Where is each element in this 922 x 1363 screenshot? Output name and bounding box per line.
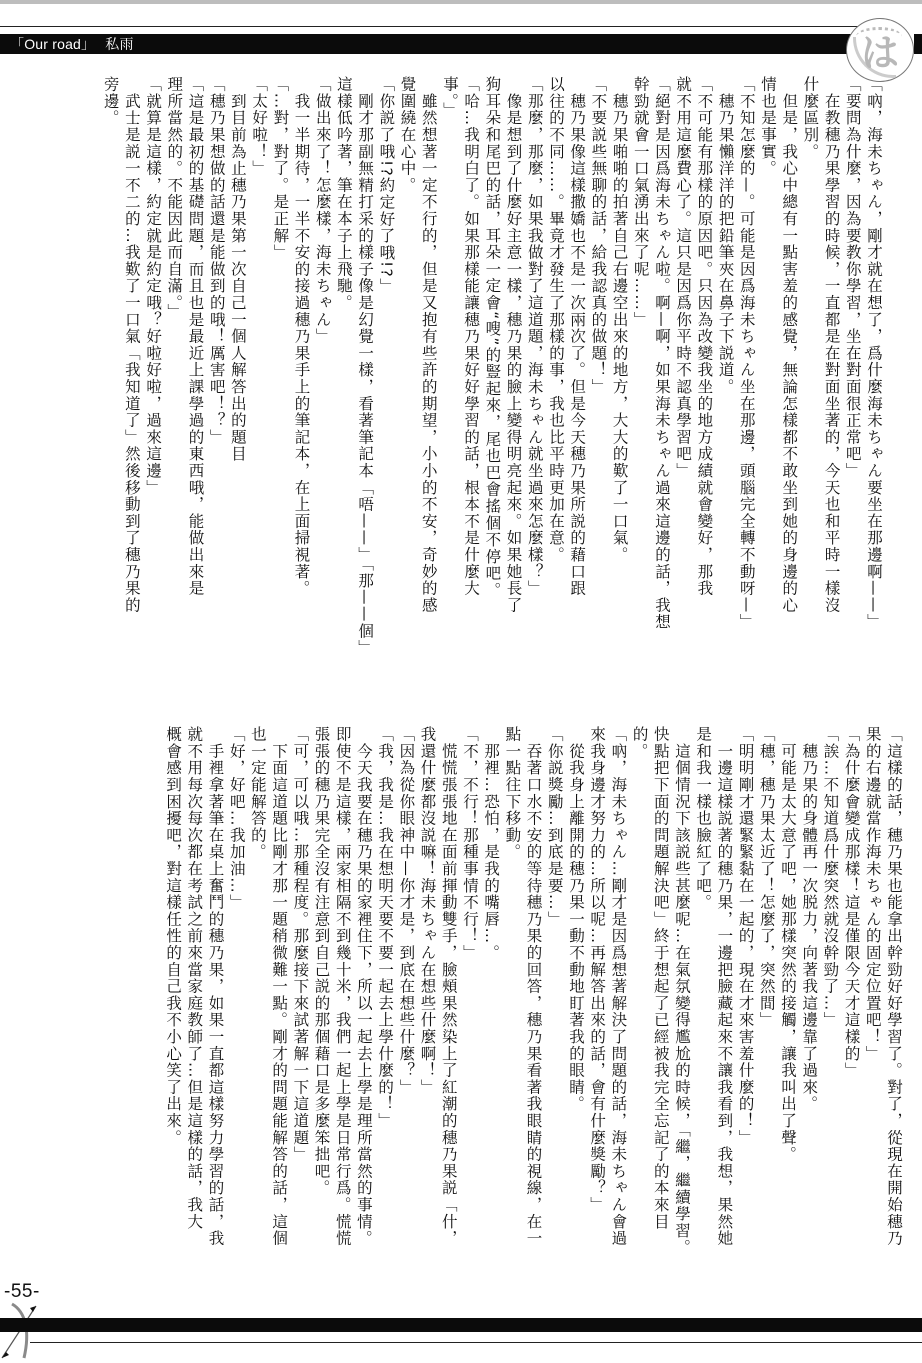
footer-bar (0, 1318, 922, 1332)
text-column: 「因為從你眼神中—你才是，到底在想些什麼？」 (395, 726, 416, 1316)
text-column: 「你説獎勵…到底是要…」 (544, 726, 565, 1316)
text-column: 「可，可以哦…那種程度。那麼接下來試著解一下這道題」 (289, 726, 310, 1316)
text-column: 幹勁就會一口氣湧出來了呢……」 (630, 76, 651, 696)
text-column: 手裡拿著筆在桌上奮鬥的穗乃果，如果一直都這樣努力學習的話，我 (204, 726, 225, 1316)
text-band-top: 「吶，海未ちゃん，剛才就在想了，爲什麼海未ちゃん要坐在那邊啊——」「要問為什麼，… (99, 76, 884, 696)
text-column: 我還什麼都沒説嘛！海未ちゃん在想些什麼啊！」 (416, 726, 437, 1316)
text-column: 慌慌張張地在面前揮動雙手，臉頰果然染上了紅潮的穗乃果説「什， (438, 726, 459, 1316)
text-column: 從我身上離開的穗乃果一動不動地盯著我的眼睛。 (565, 726, 586, 1316)
text-column: 果的右邊就當作海未ちゃん的固定位置吧！」 (862, 726, 883, 1316)
text-band-bottom: 「這樣的話，穗乃果也能拿出幹勁好好學習了。對了，從現在開始穗乃果的右邊就當作海未… (162, 726, 904, 1316)
story-title: 「Our road」 (10, 36, 95, 52)
text-column: 「好，好吧…我加油…」 (226, 726, 247, 1316)
author-name: 私雨 (105, 36, 133, 52)
text-column: 「…對，對了。是正解」 (269, 76, 290, 696)
text-column: 覺圍繞在心中。 (396, 76, 417, 696)
text-column: 「不可能有那樣的原因吧。只因為改變我坐的地方成績就會變好，那我 (693, 76, 714, 696)
text-column: 狗耳朵和尾巴的話，耳朵一定會“嗖”的豎起來，尾也巴會搖個不停吧。 (481, 76, 502, 696)
text-column: 來我身邊才努力的…所以呢…再解答出來的話，會有什麼獎勵？」 (586, 726, 607, 1316)
text-column: 穗乃果懶洋洋的把鉛筆夾在鼻子下説道。 (714, 76, 735, 696)
text-column: 旁邊。 (99, 76, 120, 696)
text-column: 我一半期待，一半不安的接過穗乃果手上的筆記本，在上面掃視著。 (290, 76, 311, 696)
text-column: 快點把下面的問題解決吧」終于想起了已經被我完全忘記了的本來目 (650, 726, 671, 1316)
page-number: -55- (4, 1282, 40, 1302)
text-column: 一邊這樣説著的穗乃果，一邊把臉藏起來不讓我看到，我想，果然她 (713, 726, 734, 1316)
text-column: 武士是説一不二的…我歎了一口氣「我知道了」然後移動到了穗乃果的 (121, 76, 142, 696)
text-column: 下面這道題比剛才那一題稍微難一點。剛才的問題能解答的話，這個 (268, 726, 289, 1316)
text-column: 「我，我是…我在想明天要不要一起去上學什麼的！」 (374, 726, 395, 1316)
text-column: 「那麼，那麼，如果我做對了這道題，海未ちゃん就坐過來怎麼樣？」 (524, 76, 545, 696)
text-column: 點一點往下移動。 (501, 726, 522, 1316)
text-column: 這樣低吟著，筆在本子上飛馳。 (333, 76, 354, 696)
text-column: 「穗，穗乃果太近了！怎麼了，突然間」 (756, 726, 777, 1316)
text-column: 穗乃果像這樣撒嬌也不是一次兩次了。但是今天穗乃果所説的藉口跟 (566, 76, 587, 696)
text-column: 「哈…我明白了。如果那樣能讓穗乃果好好學習的話，根本不是什麼大 (460, 76, 481, 696)
text-column: 雖然想著一定不行的，但是又抱有些許的期望，小小的不安，奇妙的感 (418, 76, 439, 696)
text-column: 什麼區別。 (799, 76, 820, 696)
text-column: 到目前為止穗乃果第一次自己一個人解答出的題目 (227, 76, 248, 696)
text-column: 「這樣的話，穗乃果也能拿出幹勁好好學習了。對了，從現在開始穗乃 (883, 726, 904, 1316)
text-column: 事。」 (439, 76, 460, 696)
text-column: 概會感到困擾吧，對這樣任性的自己我不小心笑了出來。 (162, 726, 183, 1316)
text-column: 就不用每次每次都在考試之前來當家庭教師了…但是這樣的話，我大 (183, 726, 204, 1316)
text-column: 是和我一樣也臉紅了吧。 (692, 726, 713, 1316)
circle-logo: は (846, 18, 914, 82)
scan-top-shade (0, 0, 922, 4)
text-column: 像是想到了什麼好主意一樣，穗乃果的臉上變得明亮起來。如果她長了 (502, 76, 523, 696)
text-column: 「穗乃果想做的話還是能做到的哦！厲害吧！？」 (206, 76, 227, 696)
text-column: 也一定能解答的。 (247, 726, 268, 1316)
text-column: 「這是最初的基礎問題，而且也是最近上課學過的東西哦，能做出來是 (184, 76, 205, 696)
text-column: 「明明剛才還緊緊黏在一起的，現在才來害羞什麼的！」 (734, 726, 755, 1316)
text-column: 「絕對是因爲海未ちゃん啦。啊—啊，如果海未ちゃん過來這邊的話，我想 (651, 76, 672, 696)
hiragana-ha-logo-icon: は (861, 34, 899, 72)
text-column: 穗乃果啪啪的拍著自己右邊空出來的地方，大大的歎了一口氣。 (608, 76, 629, 696)
bow-and-arrow-icon (0, 1302, 40, 1362)
text-column: 「不，不行！那種事情不行！」 (459, 726, 480, 1316)
text-column: 「要問為什麼，因為要教你學習，坐在對面很正常吧」 (842, 76, 863, 696)
text-column: 「為什麼會變成那樣！這是僅限今天才這樣的」 (840, 726, 861, 1316)
header-side-tab (914, 34, 922, 54)
text-column: 「就算是這樣，約定就是約定哦？好啦好啦，過來這邊」 (142, 76, 163, 696)
text-column: 以往的不同……。畢竟才發生了那樣的事，我也比平時更加在意。 (545, 76, 566, 696)
text-column: 「誒…不知道爲什麼突然就沒幹勁了…」 (819, 726, 840, 1316)
text-column: 穗乃果的身體再一次脱力，向著我這邊靠了過來。 (798, 726, 819, 1316)
text-column: 這個情況下該説些甚麼呢…在氣氛變得尷尬的時候，「繼，繼續學習。 (671, 726, 692, 1316)
text-column: 「不知怎麼的—。可能是因爲海未ちゃん坐在那邊，頭腦完全轉不動呀—」 (736, 76, 757, 696)
text-column: 「吶，海未ちゃん，剛才就在想了，爲什麼海未ちゃん要坐在那邊啊——」 (863, 76, 884, 696)
text-column: 理所當然的。不能因此而自滿。」 (163, 76, 184, 696)
text-column: 在教穗乃果學習的時候，一直都是在對面坐著的，今天也和平時一樣沒 (820, 76, 841, 696)
text-column: 今天我要在穗乃果的家裡住下，所以一起去上學是理所當然的事情。 (353, 726, 374, 1316)
text-column: 「太好啦！」 (248, 76, 269, 696)
text-column: 吞著口水不安的等待穗乃果的回答，穗乃果看著我眼睛的視線，在一 (522, 726, 543, 1316)
text-column: 那裡…恐怕，是我的嘴唇…。 (480, 726, 501, 1316)
text-column: 「不要説些無聊的話，給我認真的做題！」 (587, 76, 608, 696)
text-column: 情也是事實。 (757, 76, 778, 696)
text-column: 即使不是這樣，兩家相隔不到幾十米，我們一起上學是日常行爲。慌慌 (332, 726, 353, 1316)
header-rule (0, 26, 858, 27)
text-column: 剛才那副無精打采的樣子像是幻覺一樣，看著筆記本「唔——」「那——個」 (354, 76, 375, 696)
text-column: 的。 (628, 726, 649, 1316)
running-header: 「Our road」私雨 (10, 35, 134, 53)
text-column: 就不用這麼費心了。這只是因爲你平時不認真學習吧」 (672, 76, 693, 696)
text-column: 「做出來了！怎麼樣，海未ちゃん」 (312, 76, 333, 696)
text-column: 張張的穗乃果完全沒有注意到自己説的那個藉口是多麼笨拙吧。 (310, 726, 331, 1316)
text-column: 可能是太大意了吧，她那樣突然的接觸，讓我叫出了聲。 (777, 726, 798, 1316)
text-column: 但是，我心中總有一點害羞的感覺，無論怎樣都不敢坐到她的身邊的心 (778, 76, 799, 696)
footer-rule (30, 1342, 922, 1343)
text-column: 「吶，海未ちゃん…剛才是因爲想著解決了問題的話，海未ちゃん會過 (607, 726, 628, 1316)
text-column: 「你説了哦!?約定好了哦!?」 (375, 76, 396, 696)
